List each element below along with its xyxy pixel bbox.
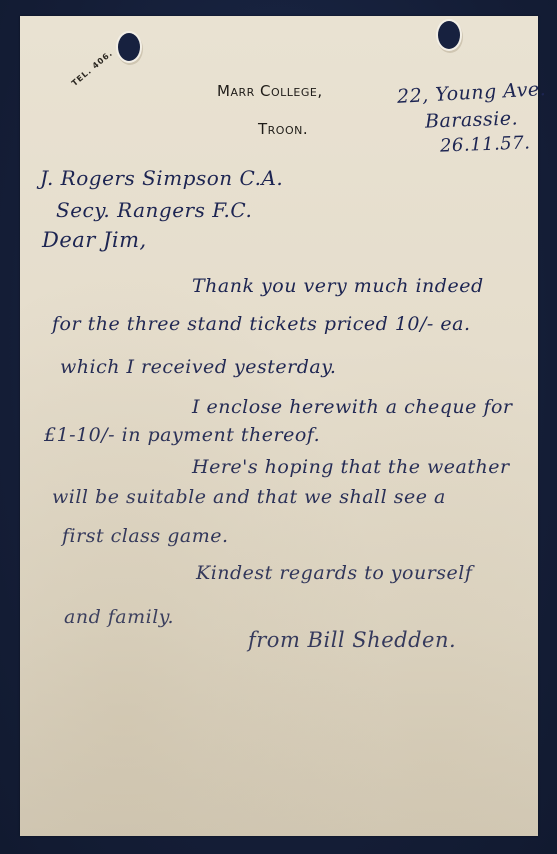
salutation: Dear Jim, [42,228,147,252]
signature: from Bill Shedden. [248,628,456,652]
body-line: first class game. [62,525,229,547]
body-line: £1-10/- in payment thereof. [44,424,320,446]
letterhead-town: Troon. [258,120,308,138]
body-line: Here's hoping that the weather [192,456,510,478]
body-line: and family. [64,606,174,628]
letterhead-institution: Marr College, [217,82,323,100]
sender-address-line1: 22, Young Ave. [397,78,547,108]
punch-hole-right [438,21,460,49]
body-line: Kindest regards to yourself [196,562,472,584]
letter-date: 26.11.57. [440,132,531,156]
recipient-title: Secy. Rangers F.C. [56,198,252,222]
punch-hole-left [118,33,140,61]
body-line: will be suitable and that we shall see a [52,486,446,508]
body-line: for the three stand tickets priced 10/- … [52,313,470,335]
body-line: Thank you very much indeed [192,275,484,297]
letter-sheet: TEL. 406. Marr College, Troon. 22, Young… [20,16,538,836]
body-line: I enclose herewith a cheque for [192,396,513,418]
recipient-name: J. Rogers Simpson C.A. [40,166,283,190]
letterhead-telephone: TEL. 406. [70,48,115,87]
sender-address-line2: Barassie. [425,107,519,132]
body-line: which I received yesterday. [60,356,336,378]
